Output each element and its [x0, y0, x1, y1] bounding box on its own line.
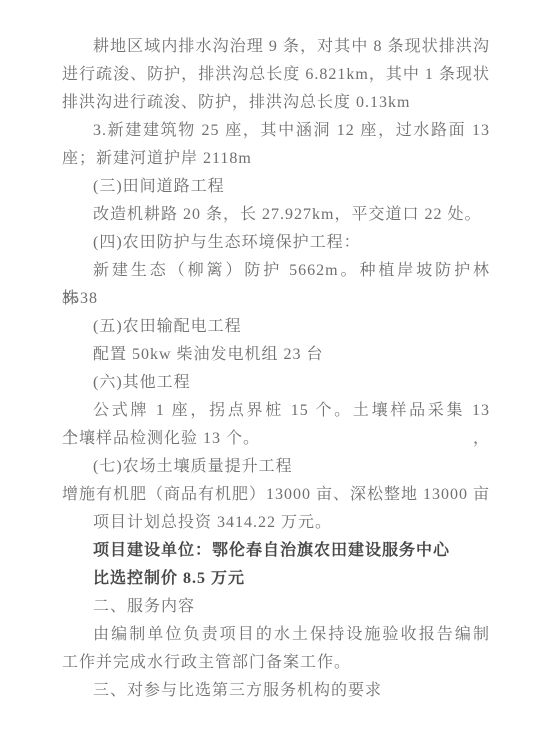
text-line: (六)其他工程	[62, 369, 490, 397]
text-line: 由编制单位负责项目的水土保持设施验收报告编制	[62, 621, 490, 649]
text-line: (四)农田防护与生态环境保护工程：	[62, 229, 490, 257]
text-line: 3.新建建筑物 25 座，其中涵洞 12 座，过水路面 13	[62, 117, 490, 145]
text-line: 工作并完成水行政主管部门备案工作。	[62, 649, 490, 677]
text-line: 耕地区域内排水沟治理 9 条，对其中 8 条现状排洪沟	[62, 33, 490, 61]
text-line: 公式牌 1 座，拐点界桩 15 个。土壤样品采集 13 个，	[62, 397, 490, 425]
text-line: 三、对参与比选第三方服务机构的要求	[62, 677, 490, 705]
text-line: (七)农场土壤质量提升工程	[62, 453, 490, 481]
text-line: 排洪沟进行疏浚、防护，排洪沟总长度 0.13km	[62, 89, 490, 117]
text-line: (三)田间道路工程	[62, 173, 490, 201]
text-line: 项目计划总投资 3414.22 万元。	[62, 509, 490, 537]
text-line: 株	[62, 285, 490, 313]
text-line: 进行疏浚、防护，排洪沟总长度 6.821km，其中 1 条现状	[62, 61, 490, 89]
text-line: 座；新建河道护岸 2118m	[62, 145, 490, 173]
text-line: 新建生态（柳篱）防护 5662m。种植岸坡防护林 3538	[62, 257, 490, 285]
text-line: 项目建设单位：鄂伦春自治旗农田建设服务中心	[62, 537, 490, 565]
text-line: 增施有机肥（商品有机肥）13000 亩、深松整地 13000 亩	[62, 481, 490, 509]
text-line: (五)农田输配电工程	[62, 313, 490, 341]
text-line: 比选控制价 8.5 万元	[62, 565, 490, 593]
document-page: 耕地区域内排水沟治理 9 条，对其中 8 条现状排洪沟进行疏浚、防护，排洪沟总长…	[0, 0, 536, 746]
text-line: 配置 50kw 柴油发电机组 23 台	[62, 341, 490, 369]
text-line: 二、服务内容	[62, 593, 490, 621]
text-line: 改造机耕路 20 条，长 27.927km，平交道口 22 处。	[62, 201, 490, 229]
document-text-block: 耕地区域内排水沟治理 9 条，对其中 8 条现状排洪沟进行疏浚、防护，排洪沟总长…	[62, 33, 490, 705]
